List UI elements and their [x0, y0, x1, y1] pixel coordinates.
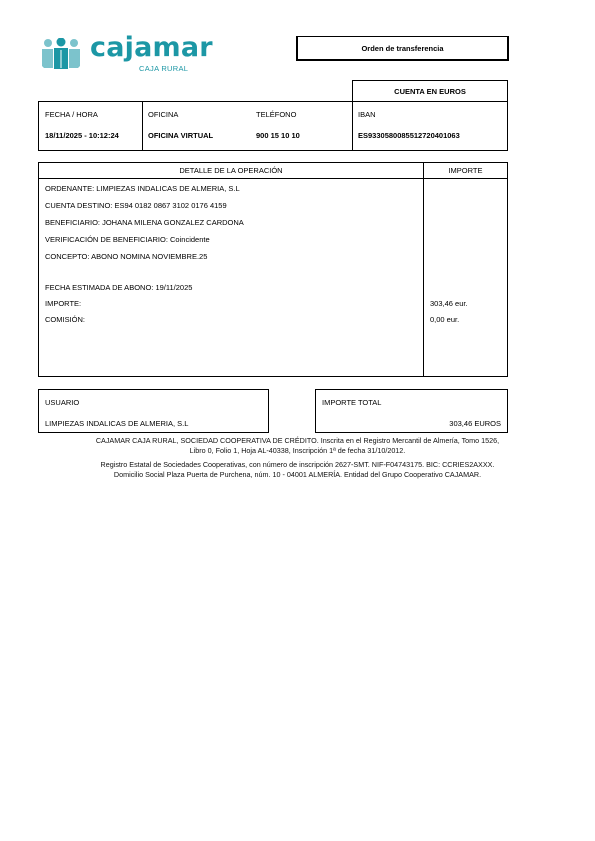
importe-total-label: IMPORTE TOTAL [322, 398, 381, 407]
column-divider [142, 102, 143, 150]
importe-total-value: 303,46 EUROS [449, 419, 501, 428]
telefono-value: 900 15 10 10 [256, 131, 300, 140]
telefono-label: TELÉFONO [256, 110, 296, 119]
comision-value: 0,00 eur. [430, 315, 459, 324]
cajamar-logo: cajamar CAJA RURAL [40, 34, 210, 78]
fecha-hora-value: 18/11/2025 - 10:12:24 [45, 131, 119, 140]
people-group-icon [40, 38, 82, 70]
legal-footer-2: Registro Estatal de Sociedades Cooperati… [20, 460, 575, 479]
detail-line-concepto: CONCEPTO: ABONO NOMINA NOVIEMBRE.25 [45, 252, 207, 261]
legal-line: Domicilio Social Plaza Puerta de Purchen… [20, 470, 575, 480]
detail-header-amount: IMPORTE [424, 166, 507, 175]
importe-label: IMPORTE: [45, 299, 81, 308]
usuario-label: USUARIO [45, 398, 79, 407]
account-type-header: CUENTA EN EUROS [352, 80, 508, 101]
legal-line: Registro Estatal de Sociedades Cooperati… [20, 460, 575, 470]
legal-line: CAJAMAR CAJA RURAL, SOCIEDAD COOPERATIVA… [20, 436, 575, 446]
detail-line-ordenante: ORDENANTE: LIMPIEZAS INDALICAS DE ALMERI… [45, 184, 240, 193]
iban-value: ES9330580085512720401063 [358, 131, 460, 140]
iban-label: IBAN [358, 110, 376, 119]
importe-value: 303,46 eur. [430, 299, 468, 308]
detail-line-fecha-abono: FECHA ESTIMADA DE ABONO: 19/11/2025 [45, 283, 192, 292]
usuario-box: USUARIO LIMPIEZAS INDALICAS DE ALMERIA, … [38, 389, 269, 433]
detail-line-cuenta-destino: CUENTA DESTINO: ES94 0182 0867 3102 0176… [45, 201, 227, 210]
oficina-label: OFICINA [148, 110, 178, 119]
detail-line-beneficiario: BENEFICIARIO: JOHANA MILENA GONZALEZ CAR… [45, 218, 244, 227]
operation-detail-table: DETALLE DE LA OPERACIÓN IMPORTE ORDENANT… [38, 162, 508, 377]
legal-line: Libro 0, Folio 1, Hoja AL-40338, Inscrip… [20, 446, 575, 456]
oficina-value: OFICINA VIRTUAL [148, 131, 213, 140]
detail-line-verificacion: VERIFICACIÓN DE BENEFICIARIO: Coincident… [45, 235, 210, 244]
comision-label: COMISIÓN: [45, 315, 85, 324]
importe-total-box: IMPORTE TOTAL 303,46 EUROS [315, 389, 508, 433]
brand-name: cajamar [90, 32, 213, 63]
usuario-value: LIMPIEZAS INDALICAS DE ALMERIA, S.L [45, 419, 188, 428]
column-divider [352, 102, 353, 150]
legal-footer-1: CAJAMAR CAJA RURAL, SOCIEDAD COOPERATIVA… [20, 436, 575, 455]
column-divider [423, 163, 424, 376]
fecha-hora-label: FECHA / HORA [45, 110, 98, 119]
brand-subtitle: CAJA RURAL [139, 64, 188, 73]
detail-header-description: DETALLE DE LA OPERACIÓN [39, 166, 423, 175]
operation-info-table: FECHA / HORA 18/11/2025 - 10:12:24 OFICI… [38, 101, 508, 151]
document-title: Orden de transferencia [296, 36, 509, 61]
